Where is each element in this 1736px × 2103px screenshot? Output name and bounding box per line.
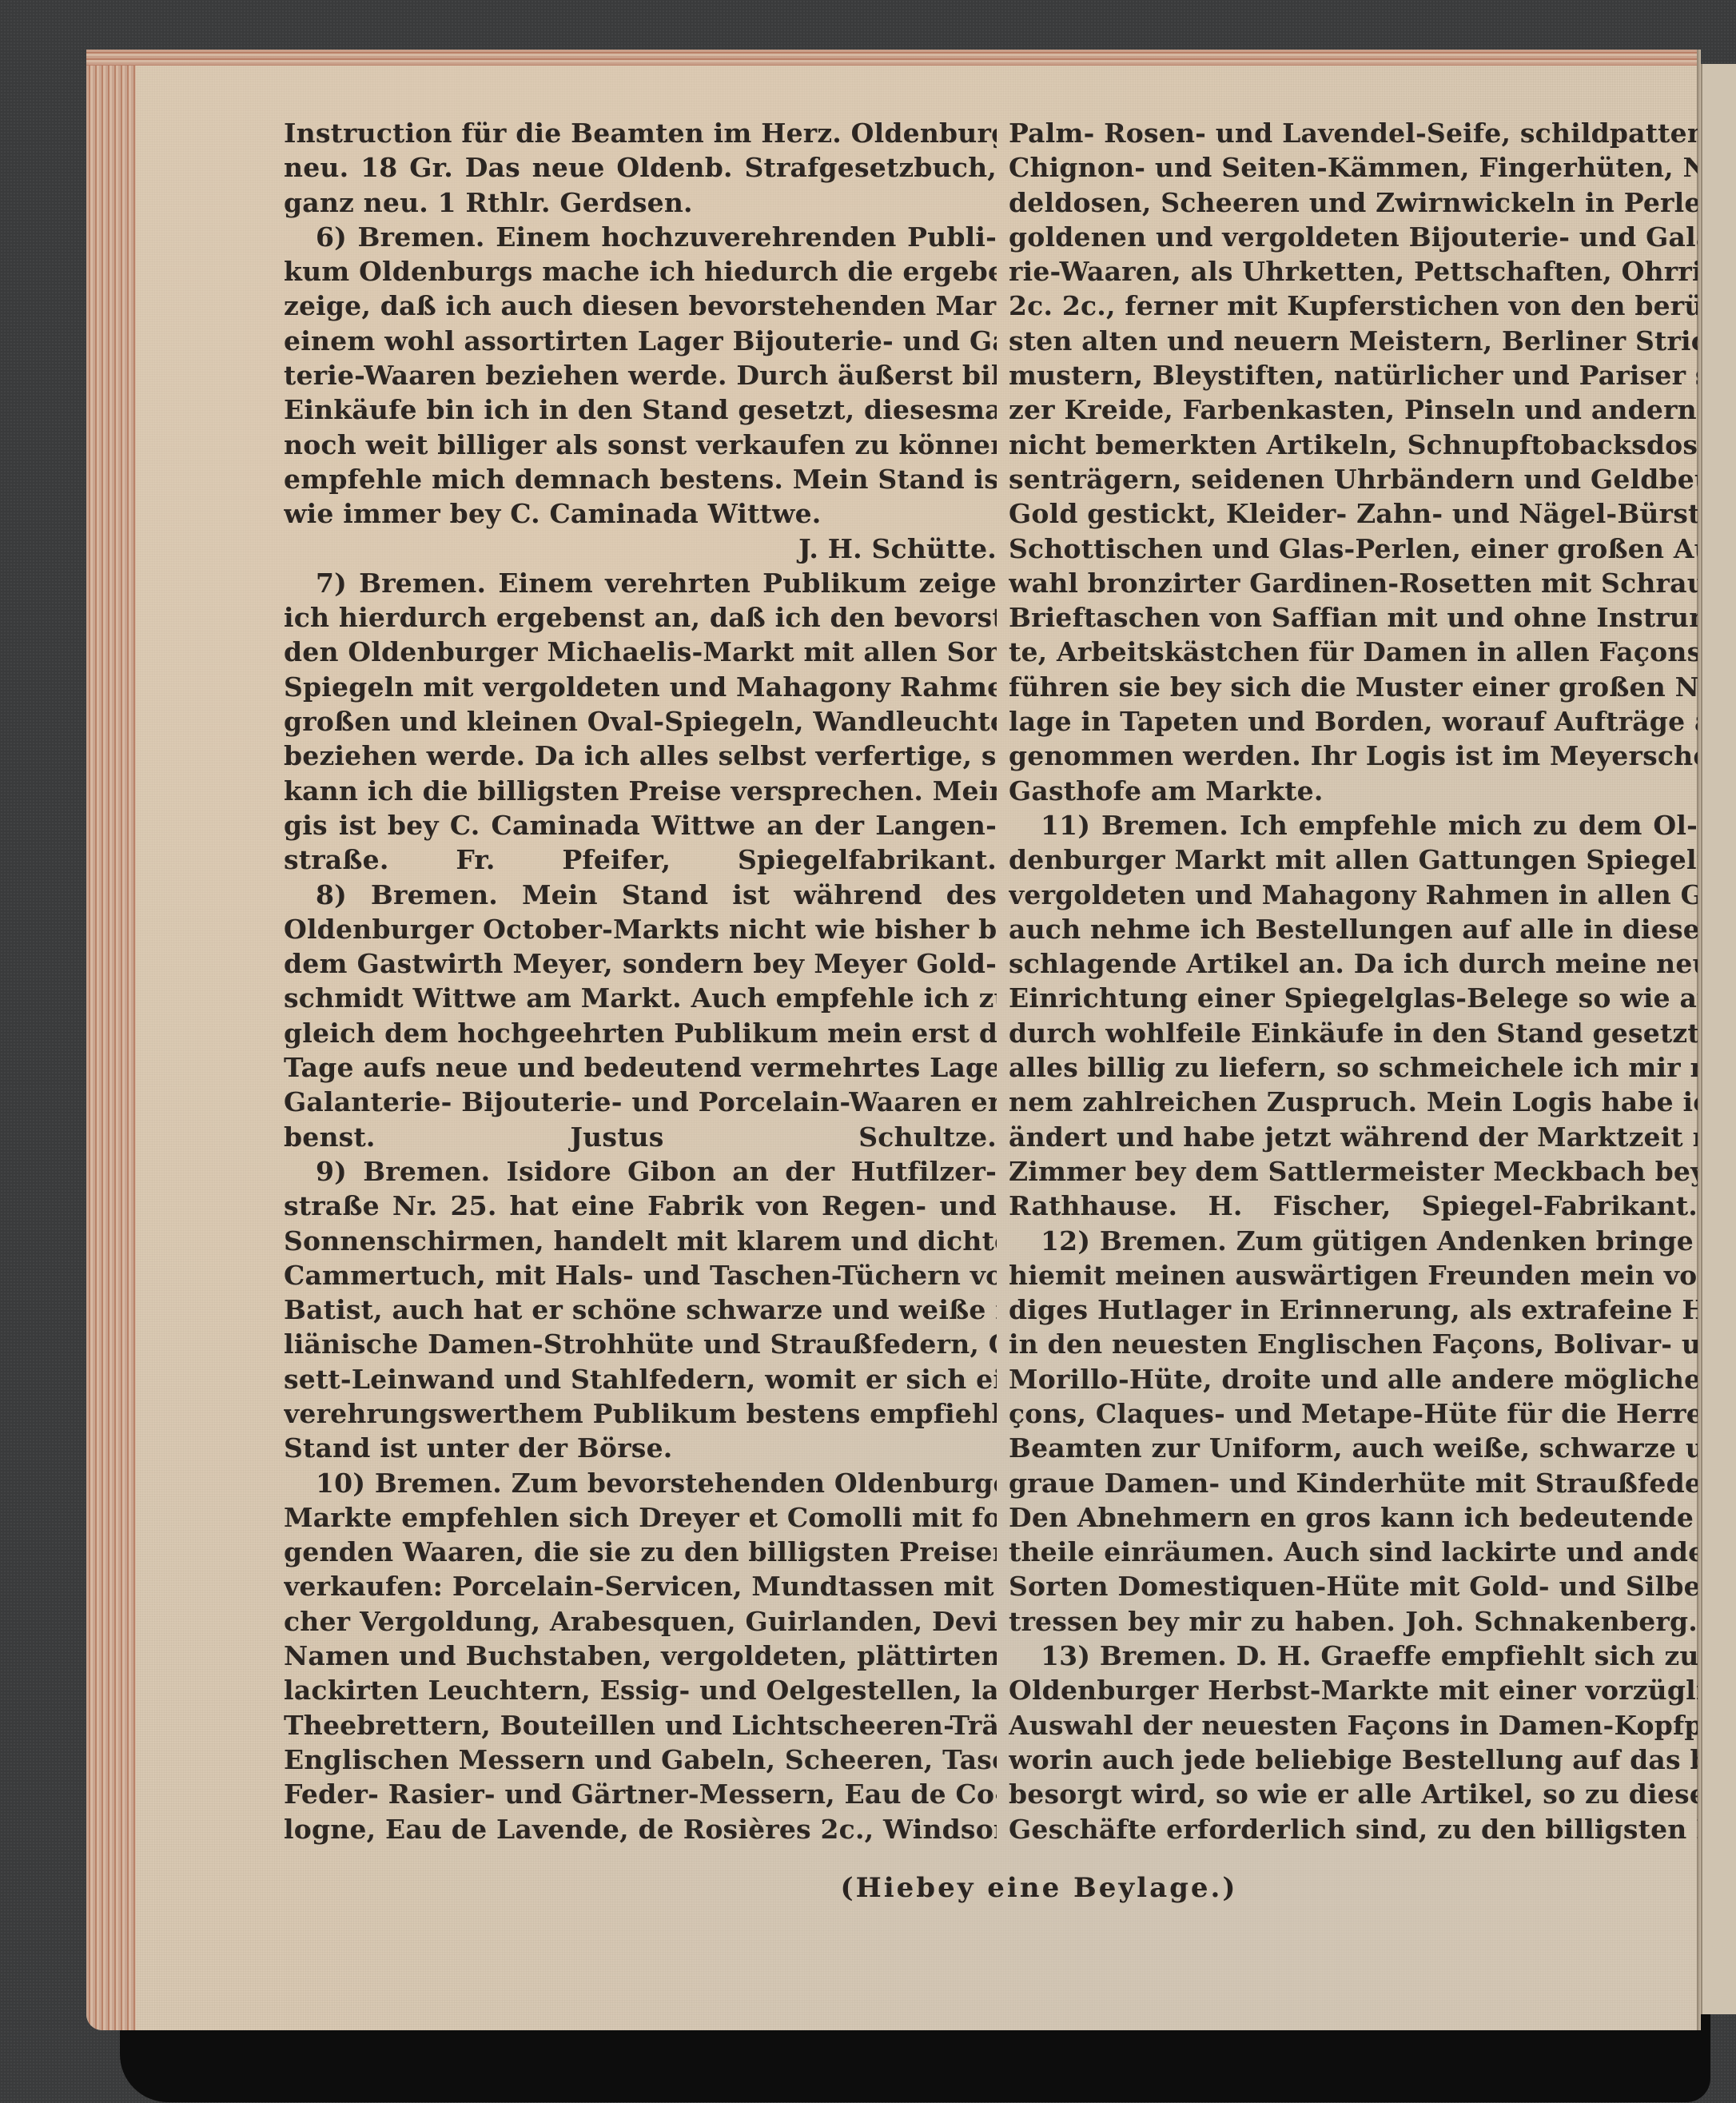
text-line: besorgt wird, so wie er alle Artikel, so… bbox=[1009, 1777, 1698, 1811]
text-line: wie immer bey C. Caminada Wittwe. bbox=[284, 496, 997, 531]
text-line: Einkäufe bin ich in den Stand gesetzt, d… bbox=[284, 392, 997, 427]
text-line: Gold gestickt, Kleider- Zahn- und Nägel-… bbox=[1009, 496, 1698, 531]
text-line: deldosen, Scheeren und Zwirnwickeln in P… bbox=[1009, 185, 1698, 220]
text-line: senträgern, seidenen Uhrbändern und Geld… bbox=[1009, 462, 1698, 496]
text-line: logne, Eau de Lavende, de Rosières 2c., … bbox=[284, 1812, 997, 1846]
text-line: tressen bey mir zu haben. Joh. Schnakenb… bbox=[1009, 1604, 1698, 1639]
text-line: diges Hutlager in Erinnerung, als extraf… bbox=[1009, 1292, 1698, 1327]
page-edge-top bbox=[86, 50, 1701, 66]
text-line: nem zahlreichen Zuspruch. Mein Logis hab… bbox=[1009, 1085, 1698, 1119]
text-line: cher Vergoldung, Arabesquen, Guirlanden,… bbox=[284, 1604, 997, 1639]
text-line: ganz neu. 1 Rthlr. Gerdsen. bbox=[284, 185, 997, 220]
text-line: Einrichtung einer Spiegelglas-Belege so … bbox=[1009, 981, 1698, 1015]
text-line: Cammertuch, mit Hals- und Taschen-Tücher… bbox=[284, 1258, 997, 1292]
text-line: denburger Markt mit allen Gattungen Spie… bbox=[1009, 842, 1698, 877]
text-line: Stand ist unter der Börse. bbox=[284, 1431, 997, 1465]
text-line: Spiegeln mit vergoldeten und Mahagony Ra… bbox=[284, 670, 997, 704]
advert-heading-line: 8) Bremen. Mein Stand ist während des bbox=[284, 878, 997, 912]
text-line: zer Kreide, Farbenkasten, Pinseln und an… bbox=[1009, 392, 1698, 427]
text-line: theile einräumen. Auch sind lackirte und… bbox=[1009, 1535, 1698, 1569]
text-line: Englischen Messern und Gabeln, Scheeren,… bbox=[284, 1743, 997, 1777]
text-line: Schottischen und Glas-Perlen, einer groß… bbox=[1009, 532, 1698, 566]
text-line: Namen und Buchstaben, vergoldeten, plätt… bbox=[284, 1639, 997, 1673]
right-text-column: Palm- Rosen- und Lavendel-Seife, schildp… bbox=[1009, 116, 1698, 1846]
advert-heading-line: 12) Bremen. Zum gütigen Andenken bringe … bbox=[1009, 1224, 1698, 1258]
text-line: genommen werden. Ihr Logis ist im Meyers… bbox=[1009, 739, 1698, 773]
text-line: dem Gastwirth Meyer, sondern bey Meyer G… bbox=[284, 946, 997, 981]
text-line: Den Abnehmern en gros kann ich bedeutend… bbox=[1009, 1500, 1698, 1535]
text-line: Feder- Rasier- und Gärtner-Messern, Eau … bbox=[284, 1777, 997, 1811]
advert-heading-line: 9) Bremen. Isidore Gibon an der Hutfilze… bbox=[284, 1154, 997, 1189]
text-line: Morillo-Hüte, droite und alle andere mög… bbox=[1009, 1362, 1698, 1396]
text-line: Markte empfehlen sich Dreyer et Comolli … bbox=[284, 1500, 997, 1535]
advert-heading-line: 10) Bremen. Zum bevorstehenden Oldenburg… bbox=[284, 1466, 997, 1500]
text-line: zeige, daß ich auch diesen bevorstehende… bbox=[284, 289, 997, 323]
text-line: verehrungswerthem Publikum bestens empfi… bbox=[284, 1396, 997, 1431]
text-line: den Oldenburger Michaelis-Markt mit alle… bbox=[284, 635, 997, 669]
text-line: Tage aufs neue und bedeutend vermehrtes … bbox=[284, 1050, 997, 1085]
text-line: beziehen werde. Da ich alles selbst verf… bbox=[284, 739, 997, 773]
text-line: alles billig zu liefern, so schmeichele … bbox=[1009, 1050, 1698, 1085]
text-line: durch wohlfeile Einkäufe in den Stand ge… bbox=[1009, 1016, 1698, 1050]
text-line: in den neuesten Englischen Façons, Boliv… bbox=[1009, 1327, 1698, 1361]
text-line: gleich dem hochgeehrten Publikum mein er… bbox=[284, 1016, 997, 1050]
text-line: terie-Waaren beziehen werde. Durch äußer… bbox=[284, 358, 997, 392]
text-line: Theebrettern, Bouteillen und Lichtscheer… bbox=[284, 1708, 997, 1743]
text-line: einem wohl assortirten Lager Bijouterie-… bbox=[284, 324, 997, 358]
text-line: worin auch jede beliebige Bestellung auf… bbox=[1009, 1743, 1698, 1777]
text-line: noch weit billiger als sonst verkaufen z… bbox=[284, 428, 997, 462]
text-line: Oldenburger October-Markts nicht wie bis… bbox=[284, 912, 997, 946]
facing-page-edge bbox=[1701, 64, 1736, 2014]
text-line: vergoldeten und Mahagony Rahmen in allen… bbox=[1009, 878, 1698, 912]
text-line: Palm- Rosen- und Lavendel-Seife, schildp… bbox=[1009, 116, 1698, 150]
text-line: nicht bemerkten Artikeln, Schnupftobacks… bbox=[1009, 428, 1698, 462]
text-line: çons, Claques- und Metape-Hüte für die H… bbox=[1009, 1396, 1698, 1431]
text-line: führen sie bey sich die Muster einer gro… bbox=[1009, 670, 1698, 704]
text-line: kum Oldenburgs mache ich hiedurch die er… bbox=[284, 254, 997, 289]
signature-line: J. H. Schütte. bbox=[284, 532, 997, 566]
text-line: Sonnenschirmen, handelt mit klarem und d… bbox=[284, 1224, 997, 1258]
text-line: te, Arbeitskästchen für Damen in allen F… bbox=[1009, 635, 1698, 669]
text-line: Auswahl der neuesten Façons in Damen-Kop… bbox=[1009, 1708, 1698, 1743]
text-line: Rathhause. H. Fischer, Spiegel-Fabrikant… bbox=[1009, 1189, 1698, 1223]
text-line: 2c. 2c., ferner mit Kupferstichen von de… bbox=[1009, 289, 1698, 323]
text-line: Beamten zur Uniform, auch weiße, schwarz… bbox=[1009, 1431, 1698, 1465]
text-line: Brieftaschen von Saffian mit und ohne In… bbox=[1009, 600, 1698, 635]
text-line: straße. Fr. Pfeifer, Spiegelfabrikant. bbox=[284, 842, 997, 877]
text-line: ändert und habe jetzt während der Marktz… bbox=[1009, 1120, 1698, 1154]
advert-heading-line: 11) Bremen. Ich empfehle mich zu dem Ol- bbox=[1009, 808, 1698, 842]
text-line: Batist, auch hat er schöne schwarze und … bbox=[284, 1292, 997, 1327]
text-line: sett-Leinwand und Stahlfedern, womit er … bbox=[284, 1362, 997, 1396]
text-line: hiemit meinen auswärtigen Freunden mein … bbox=[1009, 1258, 1698, 1292]
text-line: empfehle mich demnach bestens. Mein Stan… bbox=[284, 462, 997, 496]
page-edge-stack bbox=[86, 50, 136, 2030]
text-line: Instruction für die Beamten im Herz. Old… bbox=[284, 116, 997, 150]
text-line: verkaufen: Porcelain-Servicen, Mundtasse… bbox=[284, 1569, 997, 1603]
text-line: schlagende Artikel an. Da ich durch mein… bbox=[1009, 946, 1698, 981]
text-line: lackirten Leuchtern, Essig- und Oelgeste… bbox=[284, 1673, 997, 1707]
text-line: straße Nr. 25. hat eine Fabrik von Regen… bbox=[284, 1189, 997, 1223]
advert-heading-line: 6) Bremen. Einem hochzuverehrenden Publi… bbox=[284, 220, 997, 254]
text-line: großen und kleinen Oval-Spiegeln, Wandle… bbox=[284, 704, 997, 739]
text-line: Galanterie- Bijouterie- und Porcelain-Wa… bbox=[284, 1085, 997, 1119]
text-line: gis ist bey C. Caminada Wittwe an der La… bbox=[284, 808, 997, 842]
text-line: Gasthofe am Markte. bbox=[1009, 774, 1698, 808]
text-line: Zimmer bey dem Sattlermeister Meckbach b… bbox=[1009, 1154, 1698, 1189]
text-line: Sorten Domestiquen-Hüte mit Gold- und Si… bbox=[1009, 1569, 1698, 1603]
text-line: wahl bronzirter Gardinen-Rosetten mit Sc… bbox=[1009, 566, 1698, 600]
advert-heading-line: 13) Bremen. D. H. Graeffe empfiehlt sich… bbox=[1009, 1639, 1698, 1673]
text-line: Oldenburger Herbst-Markte mit einer vorz… bbox=[1009, 1673, 1698, 1707]
text-line: schmidt Wittwe am Markt. Auch empfehle i… bbox=[284, 981, 997, 1015]
text-line: kann ich die billigsten Preise versprech… bbox=[284, 774, 997, 808]
advert-heading-line: 7) Bremen. Einem verehrten Publikum zeig… bbox=[284, 566, 997, 600]
footer-note: (Hiebey eine Beylage.) bbox=[823, 1872, 1255, 1904]
text-line: Geschäfte erforderlich sind, zu den bill… bbox=[1009, 1812, 1698, 1846]
text-line: genden Waaren, die sie zu den billigsten… bbox=[284, 1535, 997, 1569]
text-line: liänische Damen-Strohhüte und Straußfede… bbox=[284, 1327, 997, 1361]
text-line: sten alten und neuern Meistern, Berliner… bbox=[1009, 324, 1698, 358]
text-line: graue Damen- und Kinderhüte mit Straußfe… bbox=[1009, 1466, 1698, 1500]
text-line: benst. Justus Schultze. bbox=[284, 1120, 997, 1154]
text-line: ich hierdurch ergebenst an, daß ich den … bbox=[284, 600, 997, 635]
text-line: auch nehme ich Bestellungen auf alle in … bbox=[1009, 912, 1698, 946]
text-line: goldenen und vergoldeten Bijouterie- und… bbox=[1009, 220, 1698, 254]
text-line: neu. 18 Gr. Das neue Oldenb. Strafgesetz… bbox=[284, 150, 997, 185]
text-line: rie-Waaren, als Uhrketten, Pettschaften,… bbox=[1009, 254, 1698, 289]
text-line: lage in Tapeten und Borden, worauf Auftr… bbox=[1009, 704, 1698, 739]
text-line: mustern, Bleystiften, natürlicher und Pa… bbox=[1009, 358, 1698, 392]
left-text-column: Instruction für die Beamten im Herz. Old… bbox=[284, 116, 997, 1846]
text-line: Chignon- und Seiten-Kämmen, Fingerhüten,… bbox=[1009, 150, 1698, 185]
